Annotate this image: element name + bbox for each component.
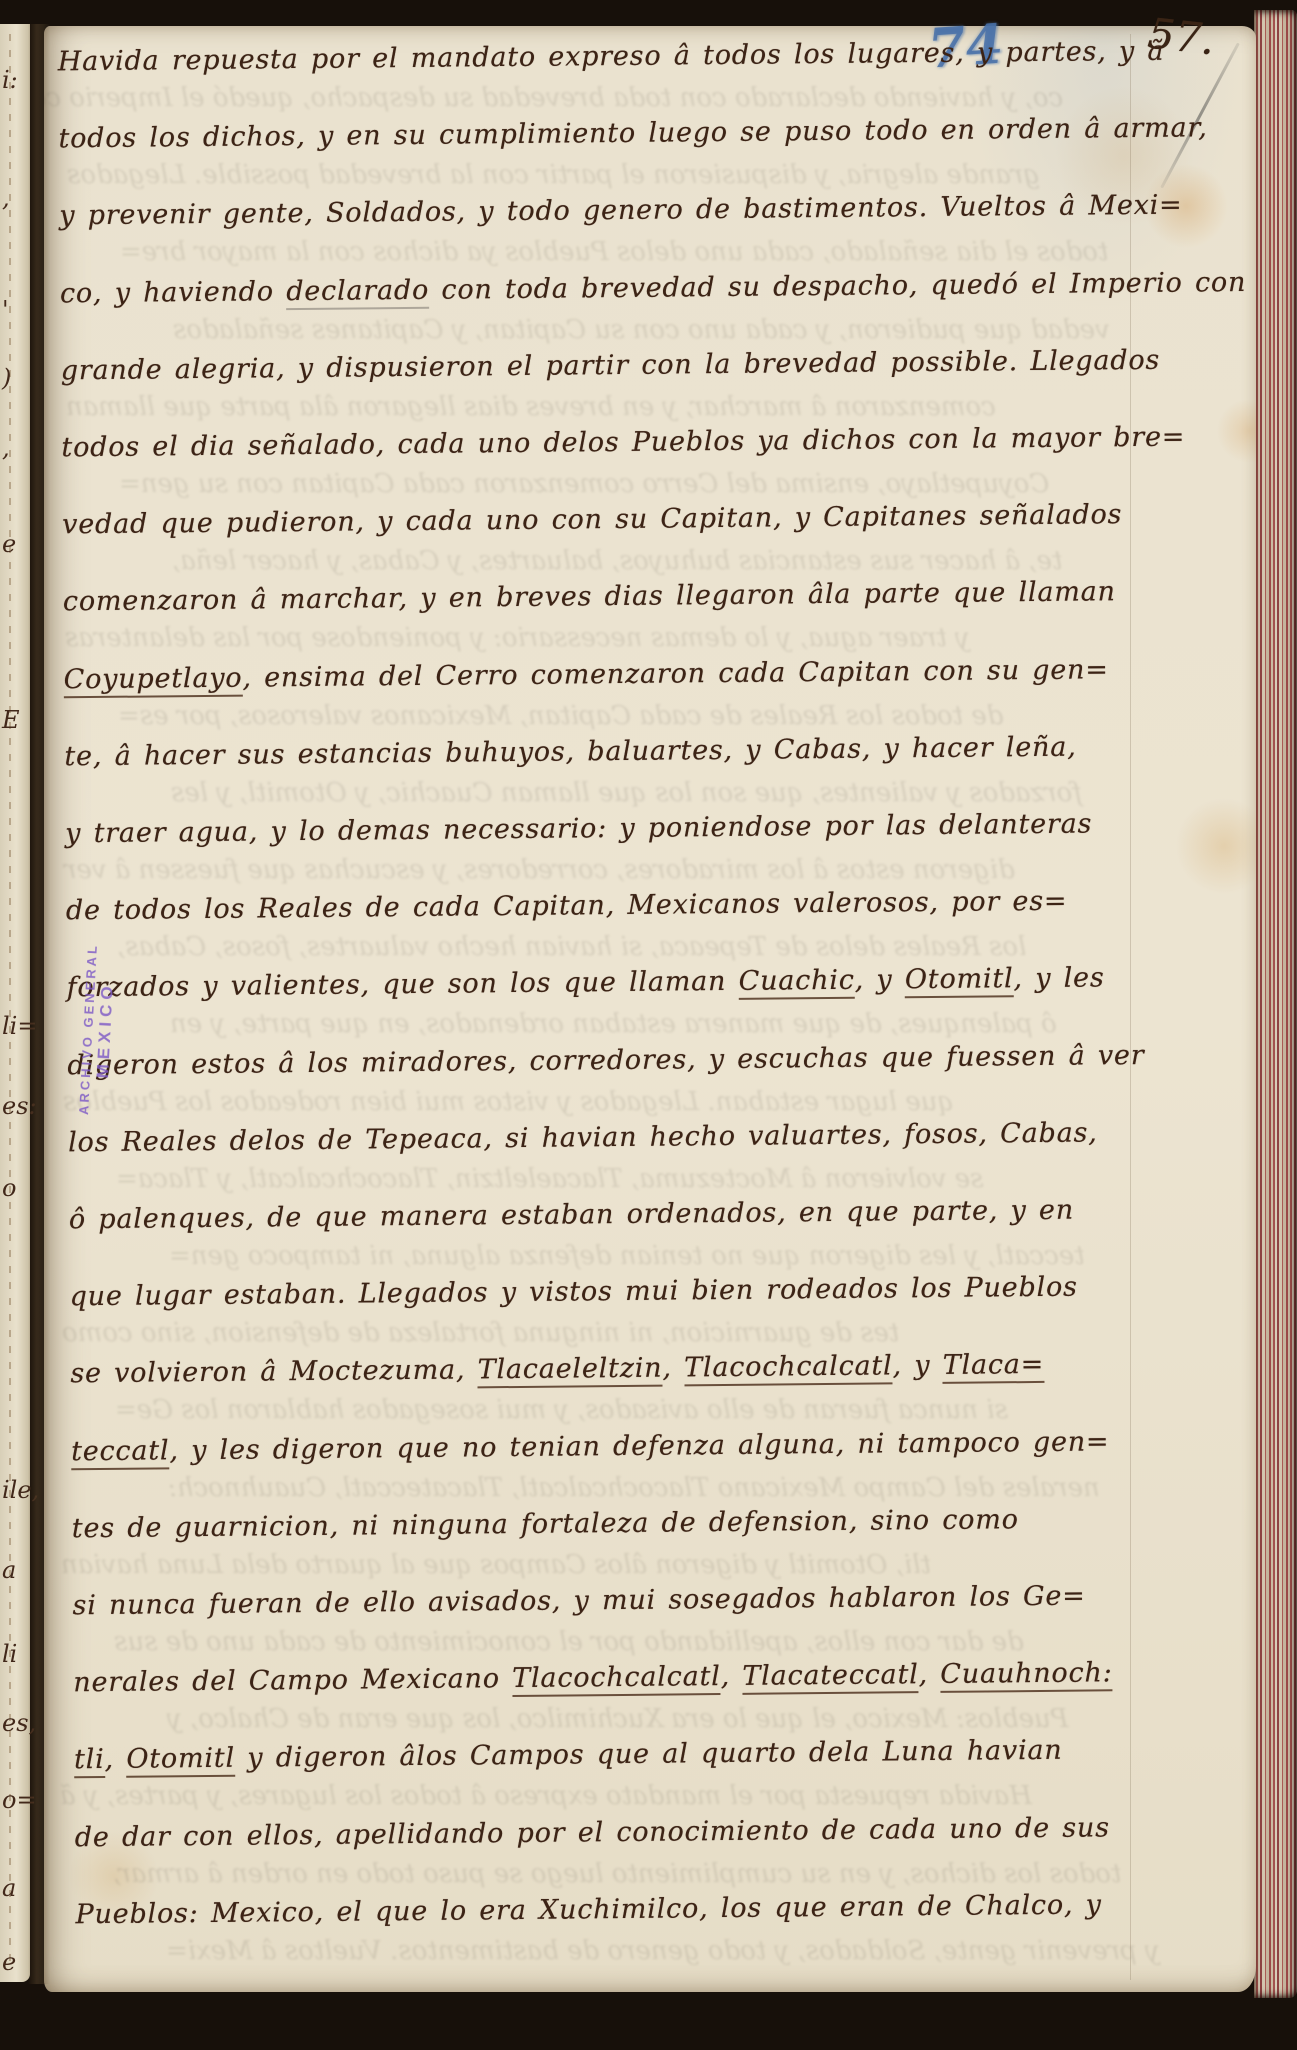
- line-segment: comenzaron â marchar, y en breves dias l…: [63, 577, 1116, 618]
- manuscript-line: teccatl, y les digeron que no tenian def…: [71, 1426, 1110, 1467]
- manuscript-line: si nunca fueran de ello avisados, y mui …: [72, 1581, 1085, 1622]
- line-segment: , y: [892, 1350, 942, 1381]
- manuscript-line: los Reales delos de Tepeaca, si havian h…: [68, 1117, 1098, 1158]
- manuscript-line: tes de guarnicion, ni ninguna fortaleza …: [72, 1504, 1019, 1544]
- manuscript-page: 74 57. ARCHIVO GENERAL MEXICO co, y havi…: [44, 26, 1256, 1992]
- manuscript-text: Havida repuesta por el mandato expreso â…: [51, 15, 1260, 1992]
- manuscript-line: de dar con ellos, apellidando por el con…: [75, 1812, 1110, 1853]
- manuscript-line: te, â hacer sus estancias buhuyos, balua…: [64, 731, 1076, 772]
- facing-page-text-fragment: e: [2, 530, 16, 558]
- facing-page-text-fragment: ,: [2, 434, 10, 462]
- facing-page-text-fragment: li=: [2, 1012, 37, 1040]
- manuscript-line: grande alegria, y dispusieron el partir …: [61, 345, 1161, 387]
- facing-page-text-fragment: ,: [2, 184, 10, 212]
- line-segment: todos el dia señalado, cada uno delos Pu…: [61, 422, 1185, 464]
- underlined-word: tli: [74, 1744, 105, 1778]
- book-spread: i:,'),eEli=es:oile,alies,o=ae 74 57. ARC…: [0, 0, 1297, 2050]
- line-segment: ô palenques, de que manera estaban orden…: [69, 1195, 1074, 1236]
- line-segment: ,: [662, 1353, 684, 1384]
- line-segment: nerales del Campo Mexicano: [73, 1663, 512, 1698]
- manuscript-line: co, y haviendo declarado con toda breved…: [60, 267, 1247, 309]
- manuscript-line: tli, Otomitl y digeron âlos Campos que a…: [74, 1735, 1063, 1775]
- line-segment: tes de guarnicion, ni ninguna fortaleza …: [72, 1504, 1019, 1544]
- facing-page-text-fragment: a: [2, 1874, 16, 1902]
- facing-page-text-fragment: ': [2, 296, 9, 324]
- facing-page-text-fragment: i:: [2, 66, 18, 94]
- underlined-word: declarado: [286, 274, 429, 309]
- line-segment: de todos los Reales de cada Capitan, Mex…: [66, 886, 1068, 927]
- facing-page-text-fragment: e: [2, 1948, 16, 1976]
- underlined-word: Cuachic: [739, 965, 855, 1000]
- manuscript-line: Coyupetlayo, ensima del Cerro comenzaron…: [64, 654, 1109, 695]
- underlined-word: Otomitl: [905, 964, 1014, 999]
- line-segment: si nunca fueran de ello avisados, y mui …: [72, 1581, 1085, 1622]
- line-segment: y traer agua, y lo demas necessario: y p…: [65, 808, 1092, 849]
- line-segment: forzados y valientes, que son los que ll…: [67, 966, 739, 1003]
- facing-page-text-fragment: ile,: [2, 1476, 39, 1504]
- manuscript-line: todos el dia señalado, cada uno delos Pu…: [61, 422, 1185, 464]
- underlined-word: Tlacochcalcatl: [684, 1351, 893, 1387]
- manuscript-line: que lugar estaban. Llegados y vistos mui…: [69, 1272, 1077, 1313]
- line-segment: de dar con ellos, apellidando por el con…: [75, 1812, 1110, 1853]
- underlined-word: Otomitl: [126, 1743, 235, 1778]
- line-segment: con toda brevedad su despacho, quedó el …: [429, 267, 1246, 306]
- line-segment: y prevenir gente, Soldados, y todo gener…: [59, 190, 1183, 232]
- facing-page-text-fragment: E: [2, 706, 20, 734]
- facing-page-text-fragment: a: [2, 1556, 16, 1584]
- book-fore-edge: [1254, 10, 1297, 1998]
- line-segment: , y les digeron que no tenian defenza al…: [169, 1426, 1109, 1466]
- manuscript-line: todos los dichos, y en su cumplimiento l…: [58, 112, 1207, 154]
- manuscript-line: de todos los Reales de cada Capitan, Mex…: [66, 886, 1068, 927]
- facing-page-text-fragment: o=: [2, 1786, 37, 1814]
- line-segment: ,: [104, 1744, 126, 1775]
- line-segment: vedad que pudieron, y cada uno con su Ca…: [62, 499, 1122, 540]
- underlined-word: Tlaca=: [943, 1349, 1045, 1384]
- manuscript-line: Havida repuesta por el mandato expreso â…: [58, 36, 1165, 78]
- left-page-edge: i:,'),eEli=es:oile,alies,o=ae: [0, 24, 30, 1982]
- underlined-word: Cuauhnoch:: [940, 1657, 1113, 1693]
- line-segment: ,: [918, 1659, 940, 1690]
- line-segment: ,: [720, 1661, 742, 1692]
- manuscript-line: comenzaron â marchar, y en breves dias l…: [63, 577, 1116, 618]
- manuscript-line: nerales del Campo Mexicano Tlacochcalcat…: [73, 1657, 1112, 1698]
- manuscript-line: y prevenir gente, Soldados, y todo gener…: [59, 190, 1183, 232]
- line-segment: y digeron âlos Campos que al quarto dela…: [235, 1735, 1063, 1774]
- line-segment: , ensima del Cerro comenzaron cada Capit…: [242, 654, 1109, 693]
- facing-page-text-fragment: es,: [2, 1709, 36, 1737]
- line-segment: los Reales delos de Tepeaca, si havian h…: [68, 1117, 1098, 1158]
- line-segment: , y: [855, 965, 905, 996]
- line-segment: Pueblos: Mexico, el que lo era Xuchimilc…: [75, 1889, 1102, 1930]
- underlined-word: Tlacochcalcatl: [512, 1661, 721, 1697]
- manuscript-line: se volvieron â Moctezuma, Tlacaeleltzin,…: [70, 1349, 1044, 1389]
- line-segment: grande alegria, y dispusieron el partir …: [61, 345, 1161, 387]
- line-segment: Havida repuesta por el mandato expreso â…: [58, 36, 1165, 78]
- facing-page-text-fragment: li: [2, 1640, 17, 1668]
- facing-page-text-fragment: ): [2, 364, 11, 392]
- left-page-text-fragments: i:,'),eEli=es:oile,alies,o=ae: [0, 24, 30, 1982]
- line-segment: se volvieron â Moctezuma,: [70, 1355, 478, 1390]
- line-segment: co, y haviendo: [60, 276, 287, 309]
- manuscript-line: y traer agua, y lo demas necessario: y p…: [65, 808, 1092, 849]
- underlined-word: Tlacaeleltzin: [478, 1353, 663, 1389]
- line-segment: todos los dichos, y en su cumplimiento l…: [58, 112, 1207, 154]
- line-segment: digeron estos â los miradores, corredore…: [67, 1040, 1144, 1081]
- line-segment: que lugar estaban. Llegados y vistos mui…: [69, 1272, 1077, 1313]
- line-segment: te, â hacer sus estancias buhuyos, balua…: [64, 731, 1076, 772]
- underlined-word: Coyupetlayo: [64, 662, 243, 698]
- facing-page-text-fragment: es:: [2, 1092, 37, 1120]
- manuscript-line: Pueblos: Mexico, el que lo era Xuchimilc…: [75, 1889, 1102, 1930]
- underlined-word: teccatl: [71, 1435, 170, 1470]
- manuscript-line: ô palenques, de que manera estaban orden…: [69, 1195, 1074, 1236]
- manuscript-line: digeron estos â los miradores, corredore…: [67, 1040, 1144, 1081]
- line-segment: , y les: [1013, 963, 1104, 995]
- manuscript-line: vedad que pudieron, y cada uno con su Ca…: [62, 499, 1122, 540]
- facing-page-text-fragment: o: [2, 1174, 16, 1202]
- underlined-word: Tlacateccatl: [742, 1659, 919, 1695]
- manuscript-line: forzados y valientes, que son los que ll…: [67, 963, 1105, 1004]
